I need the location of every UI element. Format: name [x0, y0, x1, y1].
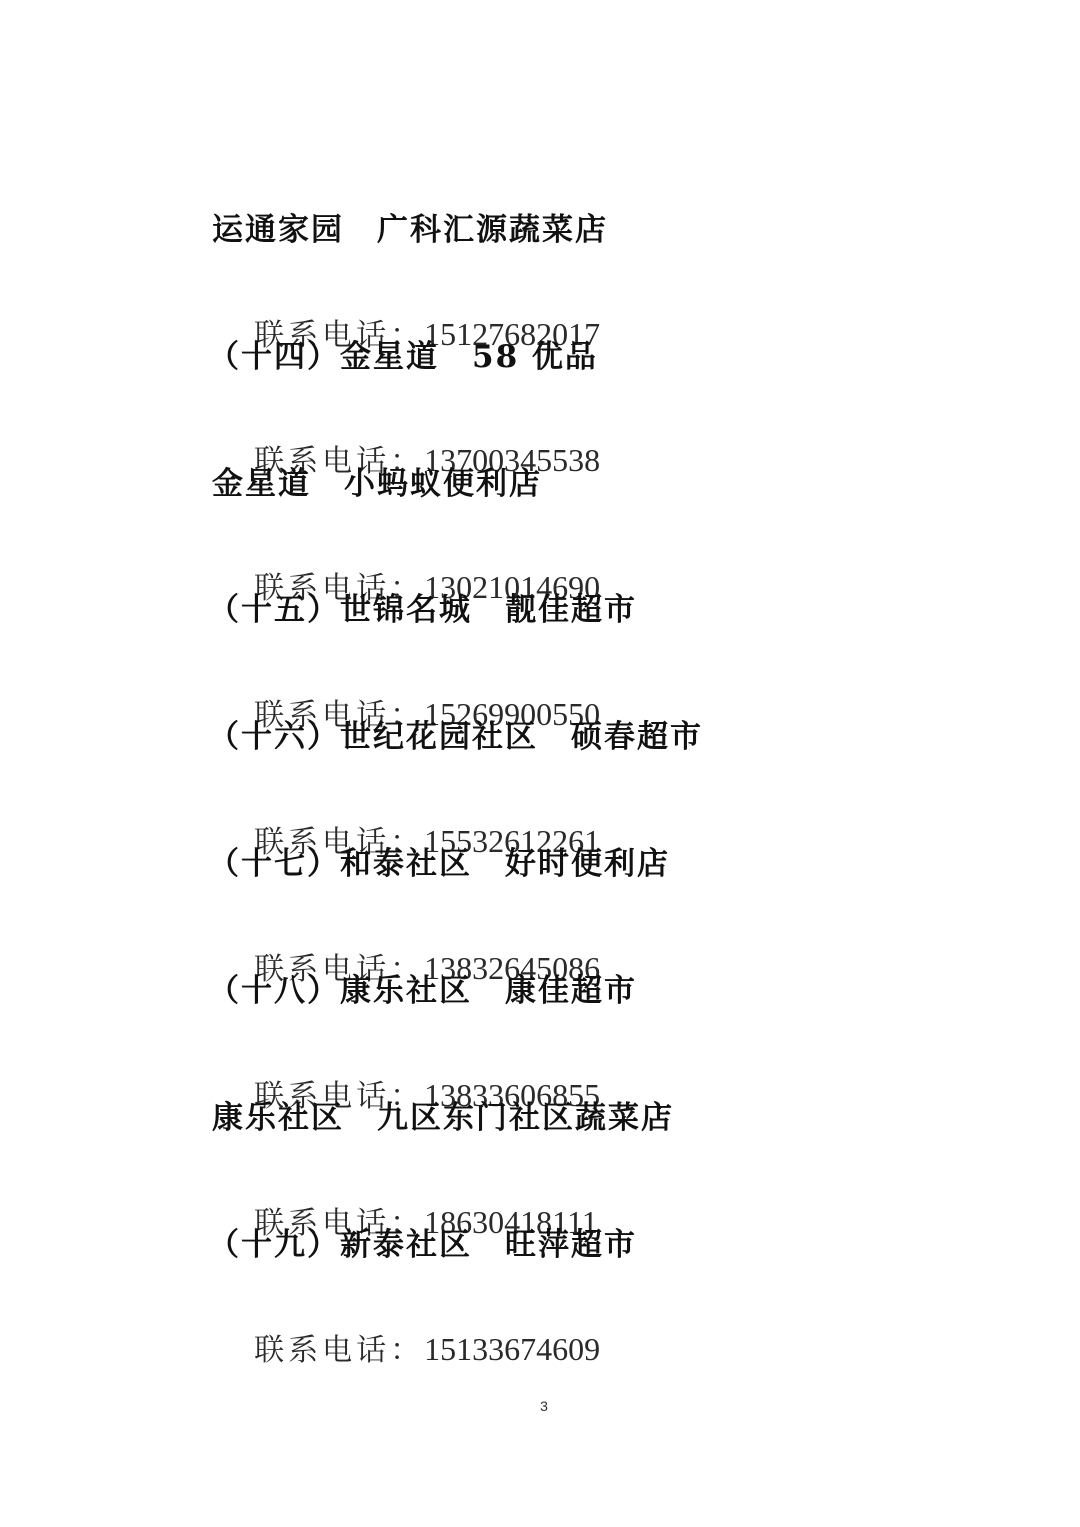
- store-heading: （十九）新泰社区 旺萍超市: [208, 1225, 637, 1265]
- phone-line: 联系电话：15532612261: [212, 781, 600, 821]
- phone-line: 联系电话：13021014690: [212, 527, 600, 567]
- store-heading: 康乐社区 九区东门社区蔬菜店: [212, 1098, 674, 1138]
- document-page: 运通家园 广科汇源蔬菜店 联系电话：15127682017 （十四）金星道 58…: [0, 0, 1080, 1527]
- store-heading: （十四）金星道 58 优品: [208, 337, 598, 377]
- phone-number: 15133674609: [424, 1331, 600, 1367]
- store-heading: （十六）世纪花园社区 硕春超市: [208, 717, 703, 757]
- store-heading: 运通家园 广科汇源蔬菜店: [212, 210, 608, 250]
- phone-line: 联系电话：15127682017: [212, 274, 600, 314]
- page-number: 3: [0, 1398, 1080, 1414]
- store-heading: （十八）康乐社区 康佳超市: [208, 971, 637, 1011]
- phone-line: 联系电话：18630418111: [212, 1162, 598, 1202]
- phone-label: 联系电话：: [254, 1333, 424, 1368]
- phone-line: 联系电话：13833606855: [212, 1035, 600, 1075]
- phone-line: 联系电话：13832645086: [212, 908, 600, 948]
- store-heading: 金星道 小蚂蚁便利店: [212, 464, 542, 504]
- store-heading: （十五）世锦名城 靓佳超市: [208, 590, 637, 630]
- phone-line: 联系电话：15269900550: [212, 654, 600, 694]
- phone-line: 联系电话：13700345538: [212, 400, 600, 440]
- phone-line: 联系电话：15133674609: [212, 1289, 600, 1329]
- store-heading: （十七）和泰社区 好时便利店: [208, 844, 670, 884]
